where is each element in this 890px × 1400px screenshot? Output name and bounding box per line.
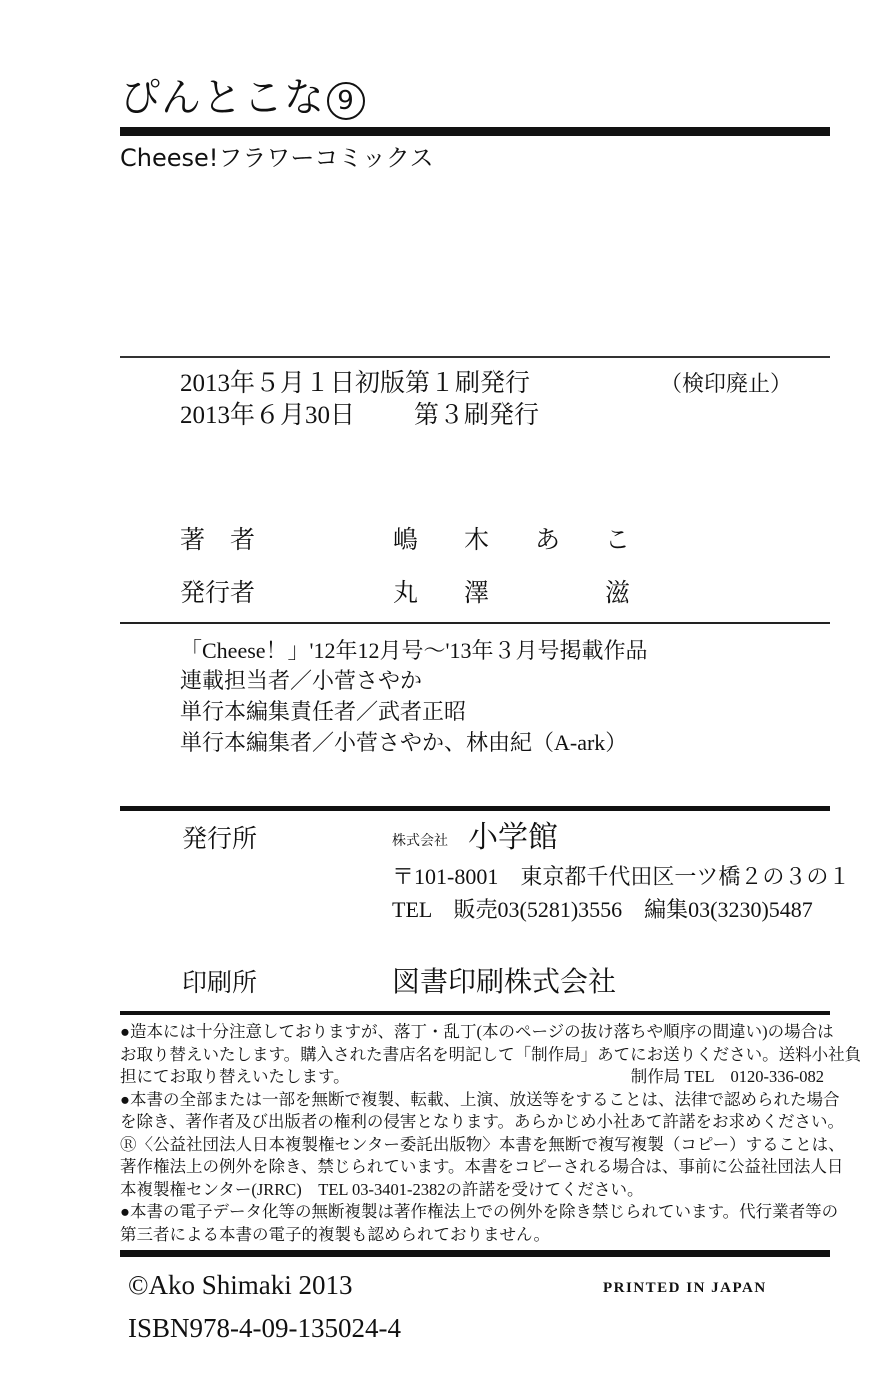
isbn: ISBN978-4-09-135024-4 (128, 1311, 401, 1345)
thin-rule-1 (120, 356, 830, 358)
publisher-person-label: 発行者 (180, 578, 255, 610)
publishing-office-label: 発行所 (182, 824, 257, 856)
notice-line: ●本書の電子データ化等の無断複製は著作権法上での例外を除き禁じられています。代行… (120, 1201, 832, 1224)
notice-line: 本複製権センター(JRRC) TEL 03-3401-2382の許諾を受けてくだ… (120, 1179, 832, 1202)
colophon-page: ぴんとこな9 Cheese!フラワーコミックス 2013年５月１日初版第１刷発行… (0, 0, 890, 1400)
author-label: 著 者 (180, 525, 255, 557)
copyright-line: ©Ako Shimaki 2013 (128, 1268, 353, 1302)
medium-rule-1 (120, 806, 830, 811)
notice-line: ●本書の全部または一部を無断で複製、転載、上演、放送等をすることは、法律で認めら… (120, 1089, 832, 1112)
company-address: 〒101-8001 東京都千代田区一ツ橋２の３の１ (392, 862, 850, 892)
thin-rule-2 (120, 622, 830, 624)
book-title: ぴんとこな9 (120, 74, 365, 122)
title-rule (120, 127, 830, 136)
chief-editor: 単行本編集責任者／武者正昭 (180, 697, 466, 727)
seal-abolished-note: （検印廃止） (660, 368, 792, 400)
printer-label: 印刷所 (182, 968, 257, 1000)
first-printing-line: 2013年５月１日初版第１刷発行 (180, 368, 530, 400)
author-name-char-4: こ (605, 525, 630, 557)
third-printing-date: 2013年６月30日 (180, 400, 355, 432)
publisher-name-char-2: 澤 (464, 578, 489, 610)
series-name: Cheese!フラワーコミックス (120, 143, 434, 173)
company-name: 小学館 (468, 820, 558, 856)
notice-line-contact: 担にてお取り替えいたします。 制作局 TEL 0120-336-082 (120, 1066, 832, 1089)
third-printing-label: 第３刷発行 (414, 400, 539, 432)
company-prefix: 株式会社 (392, 832, 448, 852)
printer-name: 図書印刷株式会社 (392, 965, 616, 1001)
medium-rule-2 (120, 1011, 830, 1015)
notice-line: ●造本には十分注意しておりますが、落丁・乱丁(本のページの抜け落ちや順序の間違い… (120, 1021, 832, 1044)
notice-line: お取り替えいたします。購入された書店名を明記して「制作局」あてにお送りください。… (120, 1044, 832, 1067)
publisher-name-char-3: 滋 (605, 578, 630, 610)
notice-line: を除き、著作者及び出版者の権利の侵害となります。あらかじめ小社あて許諾をお求めく… (120, 1111, 832, 1134)
publisher-name-char-1: 丸 (393, 578, 418, 610)
company-phone: TEL 販売03(5281)3556 編集03(3230)5487 (392, 895, 813, 925)
notice-line: 著作権法上の例外を除き、禁じられています。本書をコピーされる場合は、事前に公益社… (120, 1156, 832, 1179)
author-name-char-3: あ (535, 525, 560, 557)
legal-notices: ●造本には十分注意しておりますが、落丁・乱丁(本のページの抜け落ちや順序の間違い… (120, 1021, 832, 1246)
volume-editors: 単行本編集者／小菅さやか、林由紀（A-ark） (180, 728, 627, 758)
volume-number-badge: 9 (327, 82, 365, 120)
notice-text: 担にてお取り替えいたします。 (120, 1066, 350, 1089)
printed-in-japan: PRINTED IN JAPAN (603, 1278, 767, 1298)
serial-editor: 連載担当者／小菅さやか (180, 666, 422, 696)
production-dept-phone: 制作局 TEL 0120-336-082 (631, 1066, 824, 1089)
serialization-note: 「Cheese！」'12年12月号～'13年３月号掲載作品 (180, 636, 647, 666)
thick-rule-bottom (120, 1250, 830, 1257)
notice-line: 第三者による本書の電子的複製も認められておりません。 (120, 1224, 832, 1247)
author-name-char-1: 嶋 (393, 525, 418, 557)
author-name-char-2: 木 (464, 525, 489, 557)
notice-line: Ⓡ〈公益社団法人日本複製権センター委託出版物〉本書を無断で複写複製（コピー）する… (120, 1134, 832, 1157)
title-text: ぴんとこな (120, 75, 325, 121)
